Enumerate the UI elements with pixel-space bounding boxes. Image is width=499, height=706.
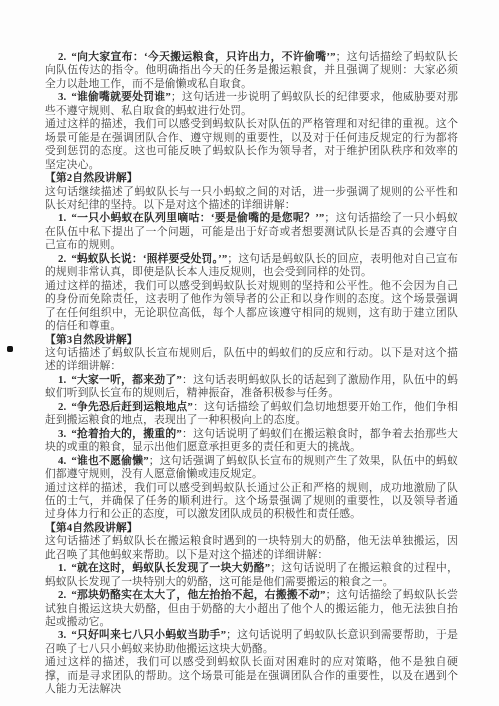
item-quote: “谁也不愿偷懒”: [71, 455, 148, 467]
section-header: 【第4自然段讲解】: [45, 522, 458, 535]
list-item: 1.“大家一听，都来劲了”：这句话表明蚂蚁队长的话起到了激励作用，队伍中的蚂蚁们…: [45, 374, 458, 401]
item-number: 3.: [58, 629, 66, 641]
list-item: 4.“谁也不愿偷懒”；这句话强调了蚂蚁队长宣布的规则产生了效果，队伍中的蚂蚁们都…: [45, 455, 458, 482]
item-number: 2.: [58, 253, 66, 265]
item-quote: “向大家宣布：‘今天搬运粮食，只许出力，不许偷嘴’”: [71, 51, 335, 63]
list-item: 3.“抢着抬大的，搬重的”：这句话说明了蚂蚁们在搬运粮食时，都争着去抬那些大块的…: [45, 428, 458, 455]
item-number: 2.: [58, 51, 66, 63]
list-item: 2.“争先恐后赶到运粮地点”：这句话描绘了蚂蚁们急切地想要开始工作，他们争相赶到…: [45, 401, 458, 428]
item-quote: “一只小蚂蚁在队列里嘀咕：‘要是偷嘴的是您呢？’”: [71, 212, 324, 224]
section-header: 【第3自然段讲解】: [45, 334, 458, 347]
list-item: 2.“向大家宣布：‘今天搬运粮食，只许出力，不许偷嘴’”；这句话描绘了蚂蚁队长向…: [45, 51, 458, 91]
list-item: 2.“蚂蚁队长说：‘照样要受处罚。’”；这句话是蚂蚁队长的回应，表明他对自己宣布…: [45, 253, 458, 280]
item-quote: “只好叫来七八只小蚂蚁当助手”: [71, 629, 226, 641]
paragraph: 通过这样的描述，我们可以感受到蚂蚁队长对规则的坚持和公平性。他不会因为自己的身份…: [45, 280, 458, 334]
item-number: 2.: [58, 589, 66, 601]
section-header: 【第2自然段讲解】: [45, 172, 458, 185]
item-number: 4.: [58, 455, 66, 467]
document-page: 2.“向大家宣布：‘今天搬运粮食，只许出力，不许偷嘴’”；这句话描绘了蚂蚁队长向…: [0, 0, 499, 706]
item-number: 1.: [58, 212, 66, 224]
paragraph: 通过这样的描述，我们可以感受到蚂蚁队长面对困难时的应对策略，他不是独自硬撑，而是…: [45, 656, 458, 696]
paragraph: 这句话描述了蚂蚁队长宣布规则后，队伍中的蚂蚁们的反应和行动。以下是对这个描述的详…: [45, 347, 458, 374]
list-item: 3.“只好叫来七八只小蚂蚁当助手”；这句话说明了蚂蚁队长意识到需要帮助，于是召唤…: [45, 629, 458, 656]
item-number: 1.: [58, 374, 66, 386]
item-quote: “谁偷嘴就要处罚谁”: [71, 91, 171, 103]
item-number: 3.: [58, 91, 66, 103]
item-number: 3.: [58, 428, 66, 440]
item-quote: “大家一听，都来劲了”: [71, 374, 182, 386]
paragraph: 通过这样的描述，我们可以感受到蚂蚁队长对队伍的严格管理和对纪律的重视。这个场景可…: [45, 118, 458, 172]
list-item: 3.“谁偷嘴就要处罚谁”；这句话进一步说明了蚂蚁队长的纪律要求，他威胁要对那些不…: [45, 91, 458, 118]
document-blocks: 2.“向大家宣布：‘今天搬运粮食，只许出力，不许偷嘴’”；这句话描绘了蚂蚁队长向…: [45, 51, 458, 697]
list-item: 2.“那块奶酪实在太大了，他左抬抬不起，右搬搬不动”；这句话描绘了蚂蚁队长尝试独…: [45, 589, 458, 629]
item-quote: “抢着抬大的，搬重的”: [71, 428, 182, 440]
item-quote: “蚂蚁队长说：‘照样要受处罚。’”: [71, 253, 227, 265]
item-quote: “那块奶酪实在太大了，他左抬抬不起，右搬搬不动”: [71, 589, 325, 601]
item-number: 1.: [58, 562, 66, 574]
list-item: 1.“就在这时，蚂蚁队长发现了一块大奶酪”；这句话说明了在搬运粮食的过程中，蚂蚁…: [45, 562, 458, 589]
item-quote: “就在这时，蚂蚁队长发现了一块大奶酪”: [71, 562, 270, 574]
paragraph: 通过这样的描述，我们可以感受到蚂蚁队长通过公正和严格的规则，成功地激励了队伍的士…: [45, 482, 458, 522]
margin-bullet-mark: [7, 346, 13, 352]
list-item: 1.“一只小蚂蚁在队列里嘀咕：‘要是偷嘴的是您呢？’”；这句话描绘了一只小蚂蚁在…: [45, 212, 458, 252]
item-quote: “争先恐后赶到运粮地点”: [71, 401, 193, 413]
paragraph: 这句话描述了蚂蚁队长在搬运粮食时遇到的一块特别大的奶酪，他无法单独搬运，因此召唤…: [45, 535, 458, 562]
paragraph: 这句话继续描述了蚂蚁队长与一只小蚂蚁之间的对话，进一步强调了规则的公平性和队长对…: [45, 186, 458, 213]
item-number: 2.: [58, 401, 66, 413]
